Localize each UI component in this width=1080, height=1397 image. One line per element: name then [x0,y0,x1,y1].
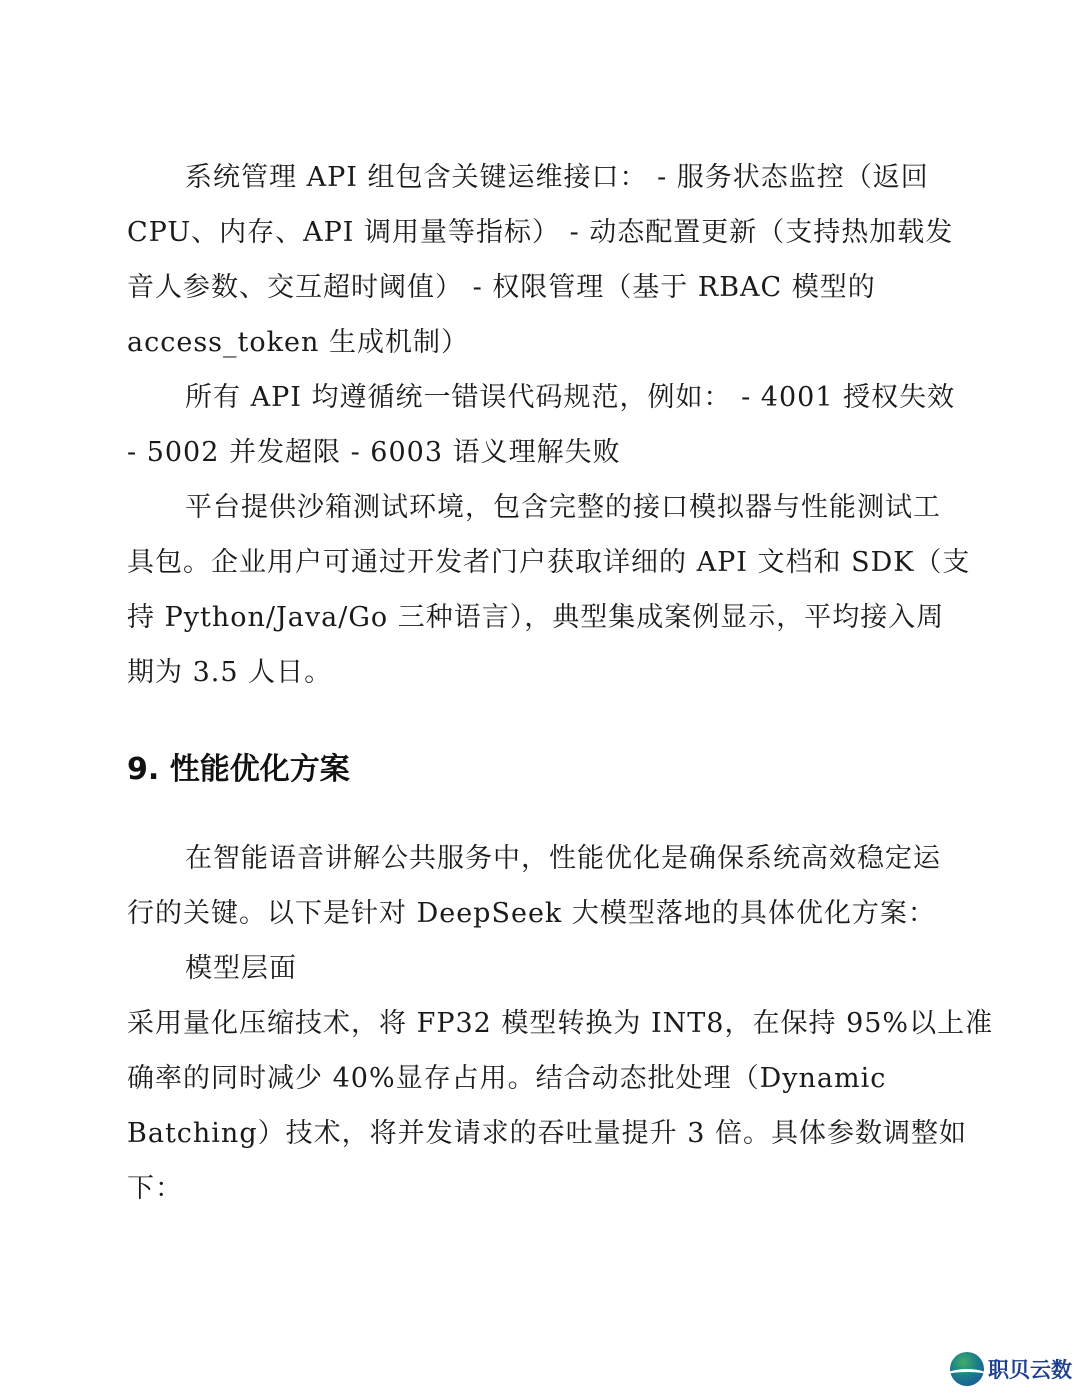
watermark-logo: 职贝云数 [950,1352,1072,1386]
paragraph-line: 期为 3.5 人日。 [127,645,947,700]
paragraph-line: 行的关键。以下是针对 DeepSeek 大模型落地的具体优化方案： [127,886,947,941]
paragraph-line: 音人参数、交互超时阈值） - 权限管理（基于 RBAC 模型的 [127,260,947,315]
paragraph-line: Batching）技术，将并发请求的吞吐量提升 3 倍。具体参数调整如 [127,1106,947,1161]
paragraph-line: CPU、内存、API 调用量等指标） - 动态配置更新（支持热加载发 [127,205,947,260]
wave-globe-icon [950,1352,984,1386]
paragraph-line: 确率的同时减少 40%显存占用。结合动态批处理（Dynamic [127,1051,947,1106]
brand-name: 职贝云数 [988,1354,1072,1384]
paragraph-line: 系统管理 API 组包含关键运维接口： - 服务状态监控（返回 [127,150,947,205]
paragraph-line: 下： [127,1161,947,1216]
paragraph-line: 平台提供沙箱测试环境，包含完整的接口模拟器与性能测试工 [127,480,947,535]
paragraph-line: access_token 生成机制） [127,315,947,370]
paragraph-line: 采用量化压缩技术，将 FP32 模型转换为 INT8，在保持 95%以上准 [127,996,947,1051]
document-section-api: 系统管理 API 组包含关键运维接口： - 服务状态监控（返回 CPU、内存、A… [127,150,947,700]
document-section-performance: 在智能语音讲解公共服务中，性能优化是确保系统高效稳定运 行的关键。以下是针对 D… [127,831,947,1216]
section-heading: 9. 性能优化方案 [127,745,350,795]
subheading: 模型层面 [127,941,947,996]
paragraph-line: - 5002 并发超限 - 6003 语义理解失败 [127,425,947,480]
paragraph-line: 所有 API 均遵循统一错误代码规范，例如： - 4001 授权失效 [127,370,947,425]
paragraph-line: 在智能语音讲解公共服务中，性能优化是确保系统高效稳定运 [127,831,947,886]
paragraph-line: 持 Python/Java/Go 三种语言），典型集成案例显示，平均接入周 [127,590,947,645]
paragraph-line: 具包。企业用户可通过开发者门户获取详细的 API 文档和 SDK（支 [127,535,947,590]
